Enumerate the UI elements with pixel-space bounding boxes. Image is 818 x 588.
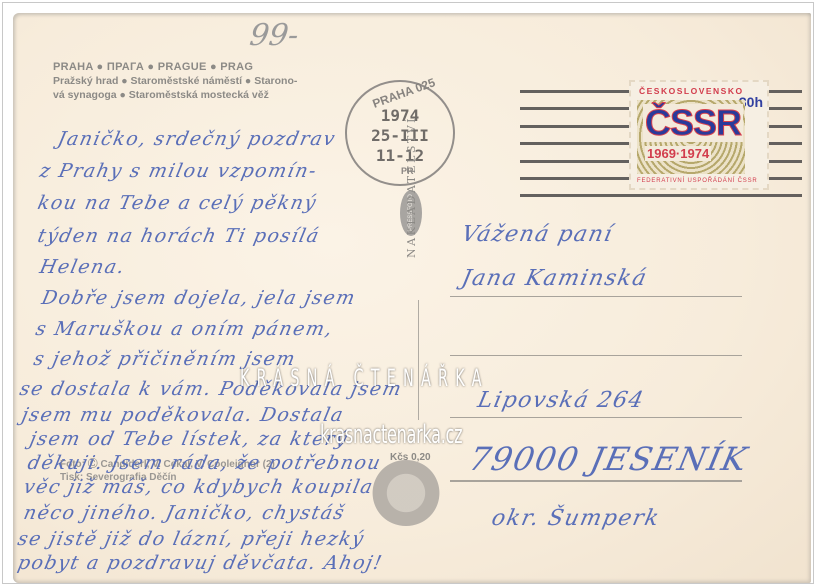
address-name: Jana Kaminská	[459, 266, 649, 291]
address-line	[450, 296, 742, 297]
message-line: Janičko, srdečný pozdrav	[56, 128, 338, 150]
address-line	[450, 355, 742, 356]
message-line: jsem od Tebe lístek, za který	[28, 428, 351, 450]
message-line: týden na horách Ti posílá	[36, 225, 322, 247]
postmark-time: 11-12	[347, 146, 453, 165]
address-salutation: Vážená paní	[459, 222, 615, 247]
message-line: se jistě již do lázní, přeji hezký	[16, 528, 367, 550]
stamp-main-text: ČSSR	[643, 104, 743, 142]
message-line: kou na Tebe a celý pěkný	[36, 192, 319, 214]
center-divider	[418, 300, 419, 420]
postage-stamp: ČESKOSLOVENSKO 30h ČSSR 1969·1974 FEDERA…	[629, 80, 769, 190]
publisher-seal	[372, 460, 440, 526]
pencil-price-note: 99-	[248, 18, 301, 53]
postmark-year: 1974	[347, 106, 453, 125]
watermark-title: KRÁSNÁ ČTENÁŘKA	[240, 364, 600, 392]
message-line: jsem mu poděkovala. Dostala	[20, 404, 347, 426]
message-line: něco jiného. Janičko, chystáš	[22, 502, 348, 524]
postmark-date: 25-III	[347, 126, 453, 145]
message-line: s Maruškou a oním pánem,	[34, 318, 336, 340]
stamp-country: ČESKOSLOVENSKO	[639, 86, 744, 96]
printed-caption: PRAHA ● ПРАГА ● PRAGUE ● PRAG Pražský hr…	[53, 60, 297, 102]
address-city: 79000 JESENÍK	[466, 440, 752, 478]
watermark-site: krasnactenarka.cz	[320, 420, 462, 450]
message-line: z Prahy s milou vzpomín-	[38, 160, 320, 182]
caption-city-names: PRAHA ● ПРАГА ● PRAGUE ● PRAG	[53, 60, 297, 74]
cancellation-line	[520, 194, 802, 197]
message-line: pobyt a pozdravuj děvčata. Ahoj!	[16, 552, 385, 574]
publisher-vertical-text: NAKLADATELSTVÍ	[405, 116, 418, 258]
postmark: PRAHA 025 1974 25-III 11-12 PR	[345, 80, 455, 186]
address-district: okr. Šumperk	[489, 506, 662, 531]
caption-landmarks-1: Pražský hrad ● Staroměstské náměstí ● St…	[53, 74, 297, 88]
message-line: Dobře jsem dojela, jela jsem	[40, 287, 359, 309]
message-line: Helena.	[38, 256, 128, 278]
address-line	[450, 480, 742, 482]
stamp-bottom-text: FEDERATIVNÍ USPOŘÁDÁNÍ ČSSR	[637, 178, 758, 184]
caption-landmarks-2: vá synagoga ● Staroměstská mostecká věž	[53, 88, 297, 102]
stamp-years: 1969·1974	[645, 146, 711, 161]
message-line: děkuji. Jsem ráda, že potřebnou	[26, 452, 384, 474]
message-line: věc již máš, co kdybych koupila	[22, 476, 376, 498]
address-line	[450, 417, 742, 418]
